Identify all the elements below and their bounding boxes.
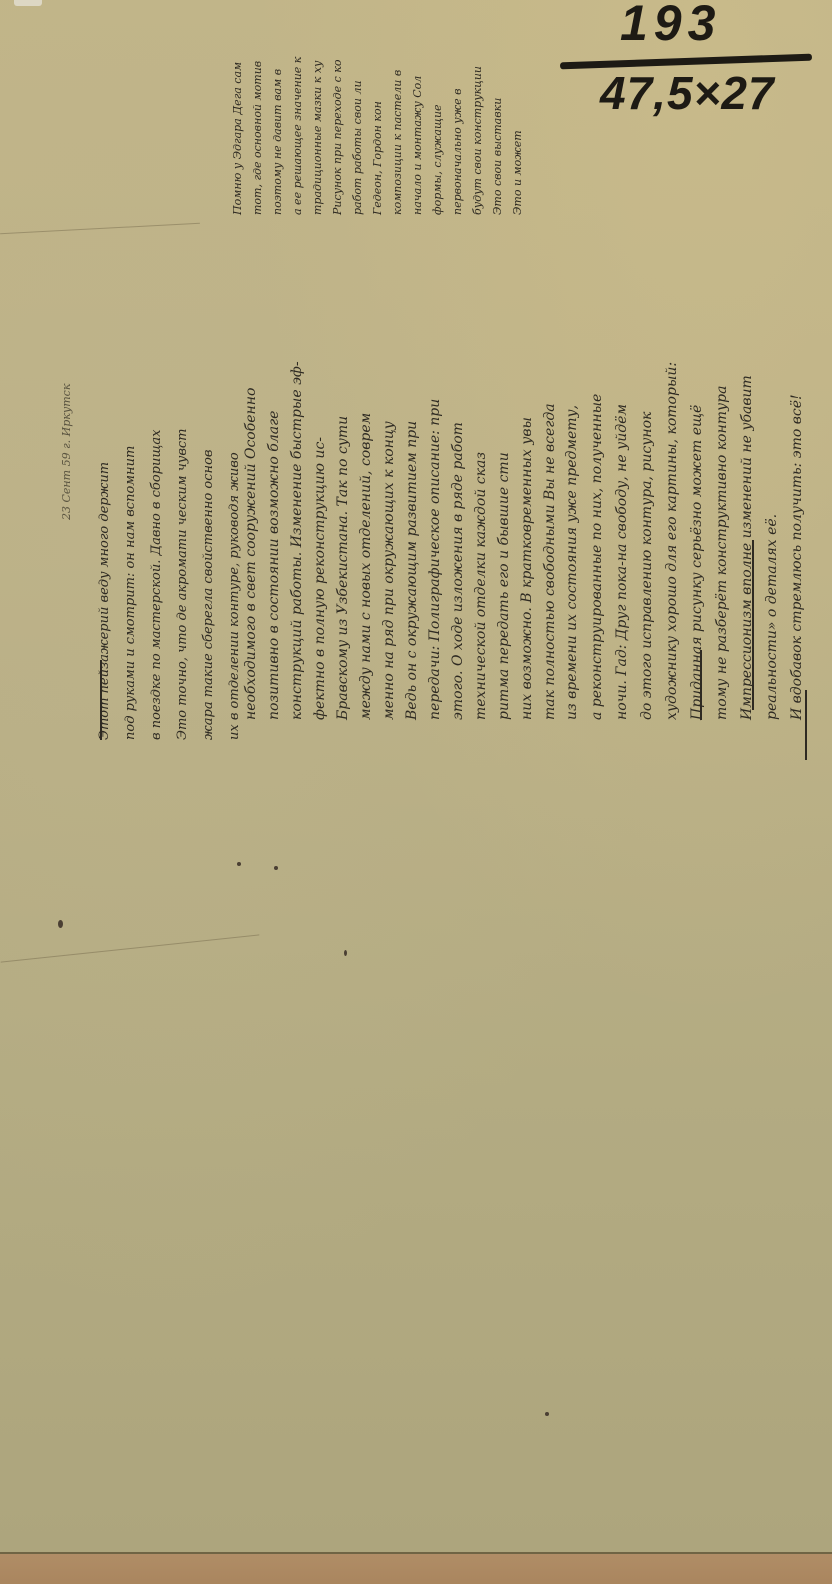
text-line: художнику хорошо для его картины, которы…: [660, 362, 685, 720]
text-line: них возможно. В кратковременных увы: [516, 361, 539, 720]
text-line: Это и может: [508, 57, 528, 215]
ink-spot: [58, 920, 63, 928]
text-line: конструкций работы. Изменение быстрые эф…: [286, 361, 309, 720]
text-line: передачи: Полиграфическое описание: при: [424, 361, 447, 720]
ink-spot: [545, 1412, 549, 1416]
text-line: Приданная рисунку серьёзно может ещё: [685, 362, 710, 720]
text-line: реальности» о деталях её.: [760, 362, 785, 720]
text-line: работ работы свои ли: [348, 57, 368, 215]
text-line: менно на ряд при окружающих к концу: [378, 361, 401, 720]
text-line: в поездке по мастерской. Давно в сборища…: [144, 429, 170, 741]
header-note: 23 Сент 59 г. Иркутск: [60, 384, 73, 520]
mounting-board-edge: [0, 1552, 832, 1584]
text-line: будут свои конструкции: [468, 57, 488, 215]
text-line: Рисунок при переходе с ко: [328, 57, 348, 215]
text-line: между нами с новых отделений, соврем: [355, 361, 378, 720]
text-line: Это точно, что де акромати ческим чувст: [170, 429, 196, 741]
text-block-top: Помню у Эдгара Дега сам тот, где основно…: [228, 57, 528, 215]
text-line: а ее решающее значение к: [288, 57, 308, 215]
text-line: жара такие сберегла свойственно основ: [196, 429, 222, 741]
text-line: под руками и смотрит: он нам вспомнит: [118, 429, 144, 741]
text-block-right: из времени их состояния уже предмету, а …: [560, 362, 810, 720]
text-line: необходимого в свет сооружений Особенно: [240, 361, 263, 720]
ink-spot: [237, 862, 241, 866]
text-line: тот, где основной мотив: [248, 57, 268, 215]
text-line: формы, служащие: [428, 57, 448, 215]
ink-spot: [344, 950, 347, 956]
text-line: композиции к пастели в: [388, 57, 408, 215]
text-line: Бравскому из Узбекистана. Так по сути: [332, 361, 355, 720]
paragraph-mark: [700, 650, 702, 720]
text-line: ритма передать его и бывшие сти: [493, 361, 516, 720]
text-line: а реконструированные по них, полученные: [585, 362, 610, 720]
catalog-dimensions: 47,5×27: [600, 66, 775, 120]
text-block-left: Этот пейзажерий веду много держит под ру…: [92, 429, 248, 741]
paragraph-mark: [805, 690, 807, 760]
text-line: Этот пейзажерий веду много держит: [92, 429, 118, 741]
text-line: Помню у Эдгара Дега сам: [228, 57, 248, 215]
ink-spot: [274, 866, 278, 870]
text-line: Ведь он с окружающим развитием при: [401, 361, 424, 720]
text-line: этого. О ходе изложения в ряде работ: [447, 361, 470, 720]
document-page: [0, 0, 832, 1552]
text-line: традиционные мазки к ху: [308, 57, 328, 215]
text-block-middle: необходимого в свет сооружений Особенно …: [240, 361, 562, 720]
header-note-text: 23 Сент 59 г. Иркутск: [60, 384, 73, 520]
text-line: Это свои выставки: [488, 57, 508, 215]
text-line: начало и монтажу Сол: [408, 57, 428, 215]
text-line: первоначально уже в: [448, 57, 468, 215]
text-line: из времени их состояния уже предмету,: [560, 362, 585, 720]
text-line: фектно в полную реконструкцию ис-: [309, 361, 332, 720]
text-line: И вдобавок стремлюсь получить: это всё!: [785, 362, 810, 720]
paragraph-mark: [100, 660, 102, 740]
text-line: технической отделки каждой сказ: [470, 361, 493, 720]
text-line: до этого исправлению контура, рисунок: [635, 362, 660, 720]
text-line: Гедеон, Гордон кон: [368, 57, 388, 215]
paper-scrap: [14, 0, 42, 6]
text-line: поэтому не давит вам в: [268, 57, 288, 215]
text-line: ночи. Гад: Друг пока-на свободу, не уйдё…: [610, 362, 635, 720]
catalog-label: 193 47,5×27: [560, 0, 822, 130]
underline: [752, 540, 754, 710]
text-line: так полностью свободными Вы не всегда: [539, 361, 562, 720]
text-line: Импрессионизм вполне изменений не убавит: [735, 362, 760, 720]
catalog-number: 193: [620, 0, 721, 52]
text-line: позитивно в состоянии возможно благе: [263, 361, 286, 720]
text-line: тому не разберёт конструктивно контура: [710, 362, 735, 720]
